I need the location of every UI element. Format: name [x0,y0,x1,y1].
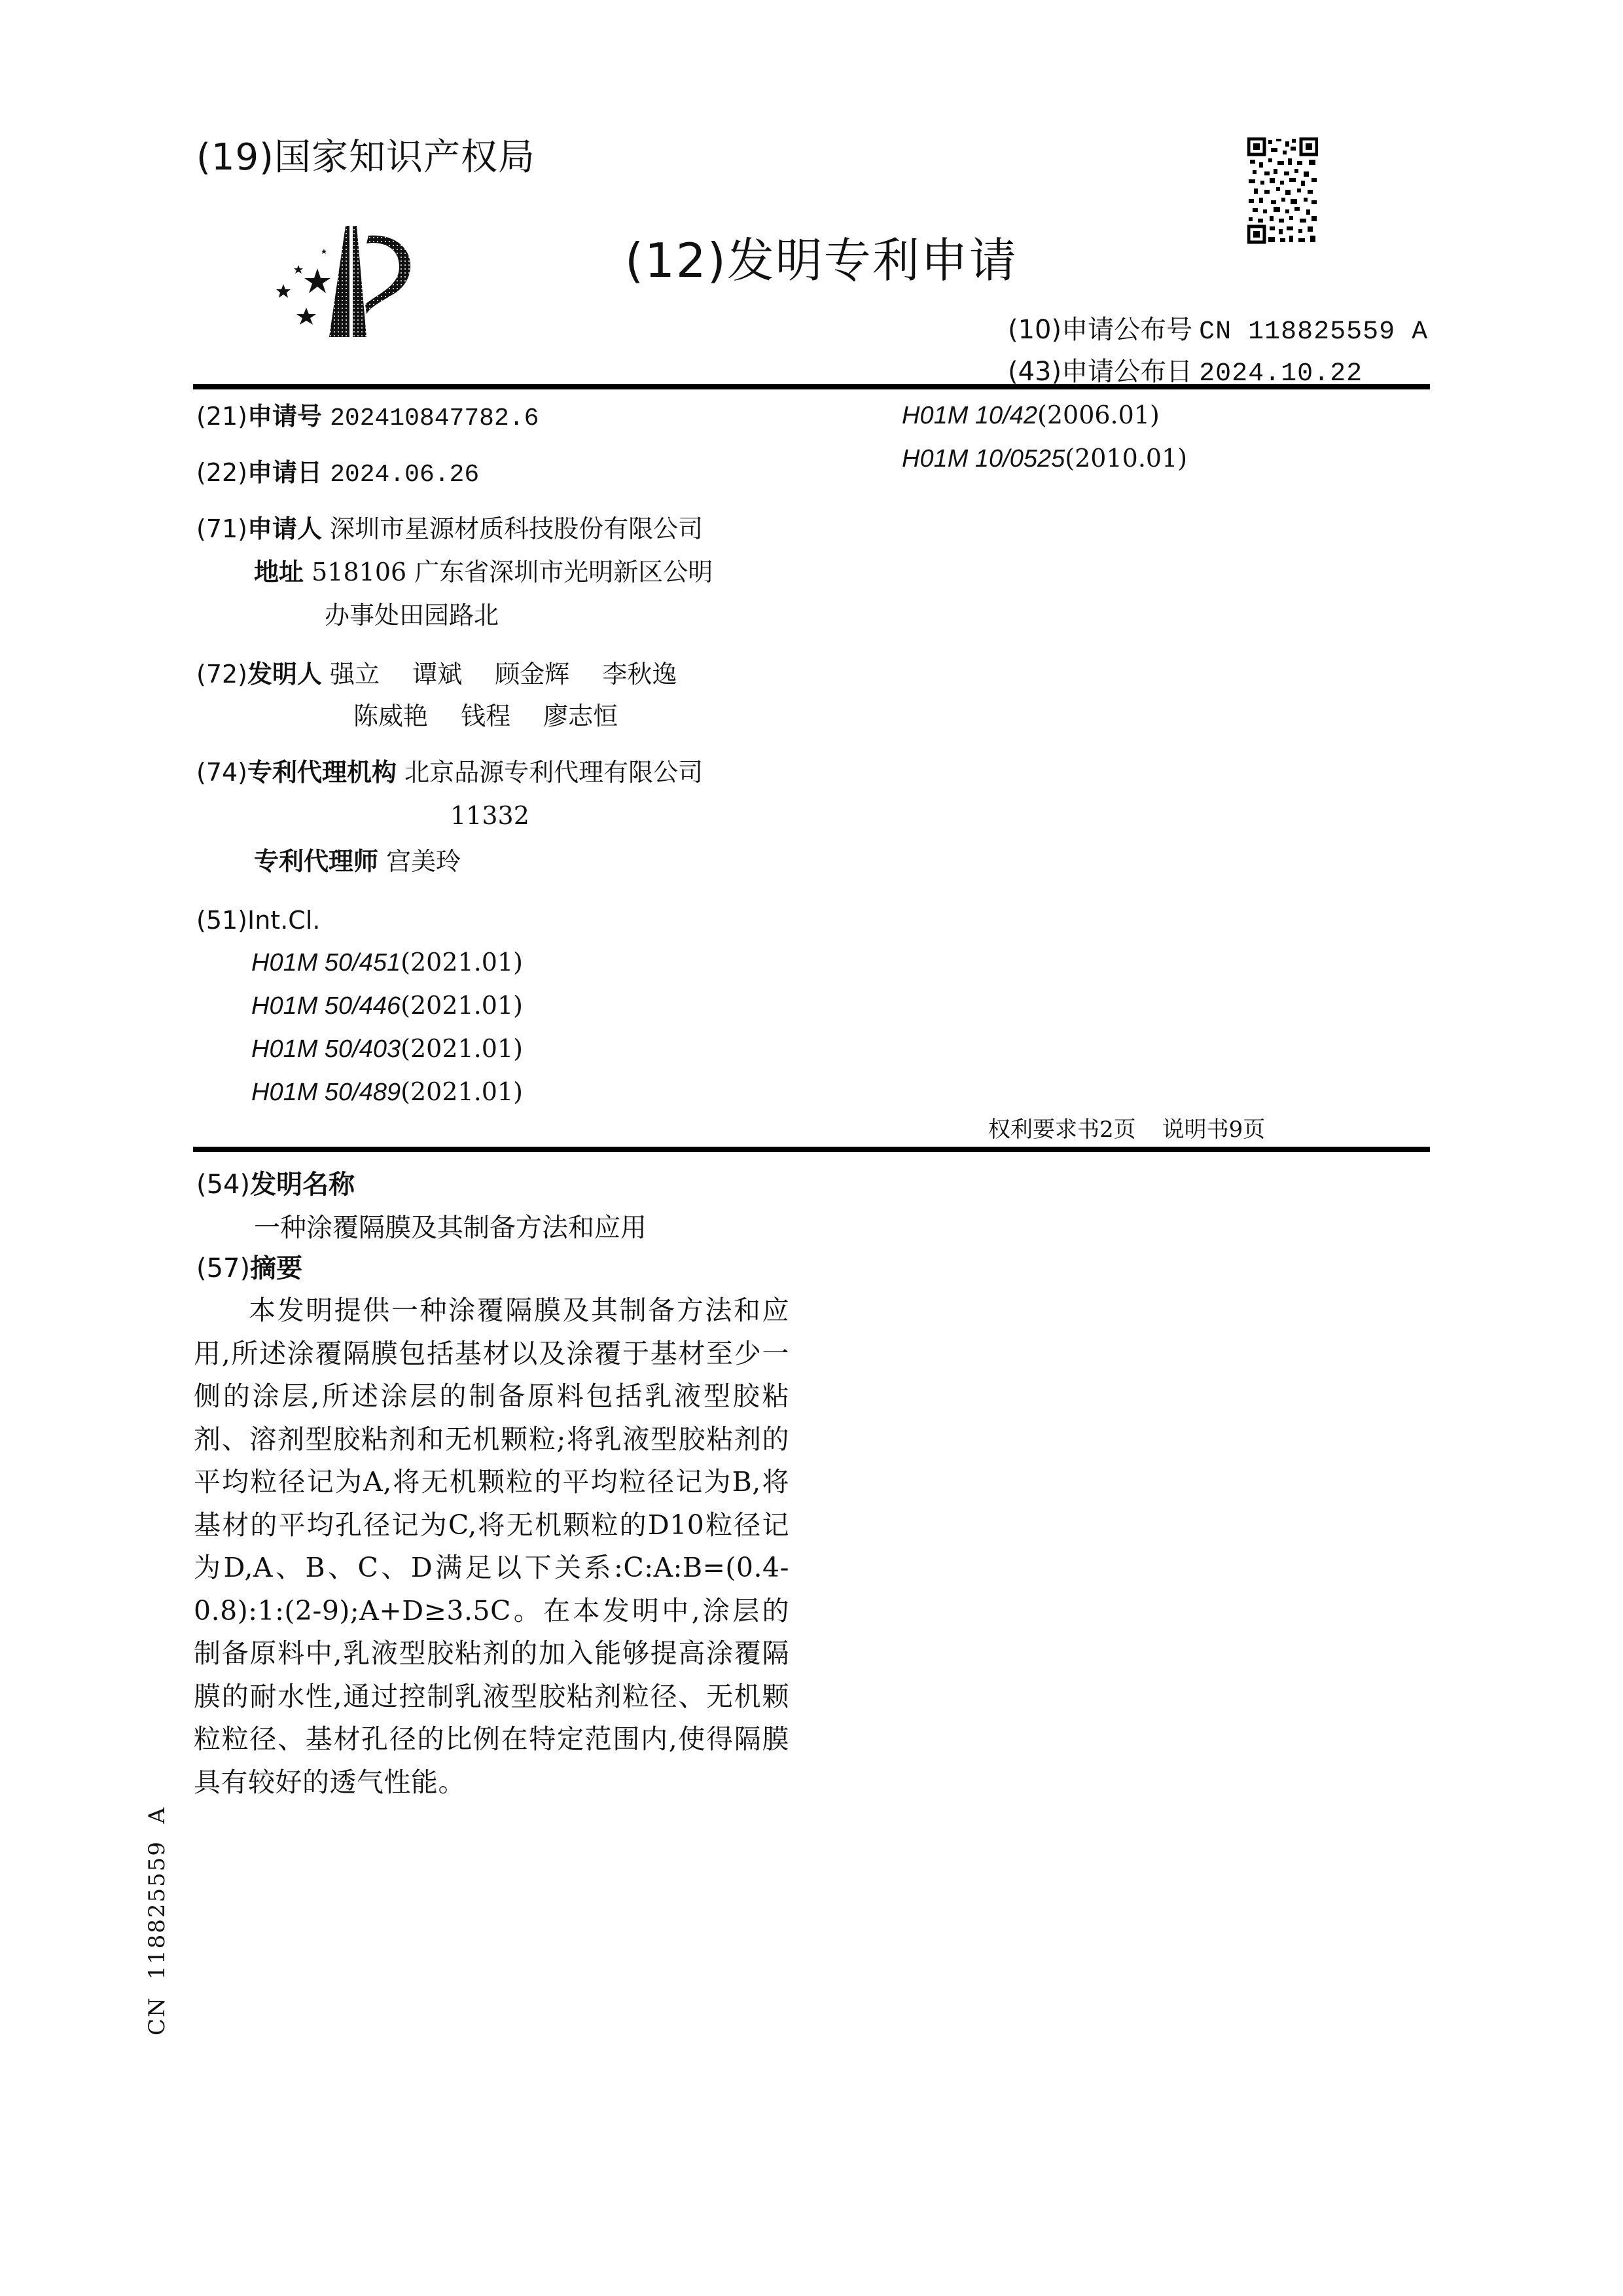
appno-tag: (21) [196,402,247,431]
applicant-address-cont: 办事处田园路北 [325,598,499,632]
ipc-item: H01M 50/451(2021.01) [251,948,523,977]
appno-value: 202410847782.6 [330,404,539,433]
pubdate-tag: (43) [1008,357,1061,387]
biblio-divider [193,1147,1430,1152]
side-publication-id: CN 118825559 A [144,1806,170,2036]
address-line-2: 办事处田园路北 [325,601,499,630]
inventors-tag: (72) [196,660,247,689]
issuing-office: (19)国家知识产权局 [196,128,535,181]
agency-tag: (74) [196,758,247,787]
abstract-heading: (57)摘要 [196,1247,302,1285]
application-date: (22)申请日 2024.06.26 [196,456,479,492]
agency-value: 北京品源专利代理有限公司 [404,758,703,787]
applicant-label: 申请人 [247,514,322,543]
abstract-label: 摘要 [250,1253,302,1283]
pubno-tag: (10) [1008,315,1061,345]
header-divider [193,384,1430,389]
cnipa-logo-icon [262,216,419,347]
agent-value: 宫美玲 [386,847,461,876]
title-tag: (54) [196,1170,250,1200]
ipc-code: H01M 50/489 [251,1079,401,1106]
ipc-version: (2021.01) [401,948,523,977]
ipc-item: H01M 50/489(2021.01) [251,1077,523,1107]
intcl-tag: (51) [196,906,247,935]
int-cl-heading: (51)Int.Cl. [196,903,320,937]
appdate-value: 2024.06.26 [330,461,479,489]
applicant-tag: (71) [196,514,247,543]
ipc-version: (2006.01) [1037,401,1160,429]
appno-label: 申请号 [247,402,322,431]
page-counts: 权利要求书2页说明书9页 [988,1111,1265,1143]
ipc-code: H01M 50/446 [251,992,401,1020]
abstract-text: 本发明提供一种涂覆隔膜及其制备方法和应用,所述涂覆隔膜包括基材以及涂覆于基材至少… [194,1289,789,1804]
agency-label: 专利代理机构 [247,758,397,787]
inventors-label: 发明人 [247,660,322,689]
appdate-tag: (22) [196,458,247,487]
description-pages: 说明书9页 [1162,1117,1266,1143]
ipc-code: H01M 50/451 [251,949,401,977]
ipc-code: H01M 50/403 [251,1035,401,1063]
ipc-item: H01M 50/446(2021.01) [251,991,523,1020]
agent-label: 专利代理师 [254,847,378,876]
inventors-line-1: 强立 谭斌 顾金辉 李秋逸 [330,660,677,689]
ipc-code: H01M 10/42 [902,402,1037,429]
ipc-version: (2021.01) [401,991,523,1020]
doctype-label: 发明专利申请 [727,233,1018,288]
inventors-line-2: 陈威艳 钱程 廖志恒 [353,702,618,730]
publication-date: (43)申请公布日2024.10.22 [1008,351,1363,389]
document-type: (12)发明专利申请 [625,223,1018,291]
address-line-1: 518106 广东省深圳市光明新区公明 [312,558,713,586]
appdate-label: 申请日 [247,458,322,487]
ipc-version: (2021.01) [401,1034,523,1063]
title-heading: (54)发明名称 [196,1164,355,1201]
application-number: (21)申请号 202410847782.6 [196,399,539,436]
invention-title: 一种涂覆隔膜及其制备方法和应用 [254,1207,647,1244]
applicant-address: 地址 518106 广东省深圳市光明新区公明 [254,555,713,589]
patent-agency: (74)专利代理机构 北京品源专利代理有限公司 [196,755,703,789]
address-label: 地址 [254,558,304,586]
qr-code-icon [1247,137,1318,245]
intcl-label: Int.Cl. [247,906,320,935]
pubno-value: CN 118825559 A [1199,317,1428,347]
claims-pages: 权利要求书2页 [988,1117,1136,1143]
ipc-item-right: H01M 10/42(2006.01) [902,401,1160,430]
ipc-version: (2021.01) [401,1077,523,1106]
ipc-item: H01M 50/403(2021.01) [251,1034,523,1064]
patent-agency-code: 11332 [450,798,529,833]
inventors-cont: 陈威艳 钱程 廖志恒 [353,699,618,733]
ipc-version: (2010.01) [1065,444,1187,473]
pubdate-label: 申请公布日 [1061,357,1192,387]
patent-agent: 专利代理师 宫美玲 [254,844,461,878]
pubno-label: 申请公布号 [1061,315,1192,345]
doctype-tag: (12) [625,233,727,288]
agency-code: 11332 [450,801,529,830]
office-tag: (19) [196,136,274,179]
inventors: (72)发明人 强立 谭斌 顾金辉 李秋逸 [196,657,677,691]
office-name: 国家知识产权局 [274,136,535,179]
ipc-code: H01M 10/0525 [902,445,1065,473]
ipc-item-right: H01M 10/0525(2010.01) [902,444,1187,473]
title-label: 发明名称 [250,1170,355,1200]
publication-number: (10)申请公布号CN 118825559 A [1008,309,1428,347]
applicant-value: 深圳市星源材质科技股份有限公司 [330,514,703,543]
applicant: (71)申请人 深圳市星源材质科技股份有限公司 [196,512,703,546]
abstract-tag: (57) [196,1253,250,1283]
